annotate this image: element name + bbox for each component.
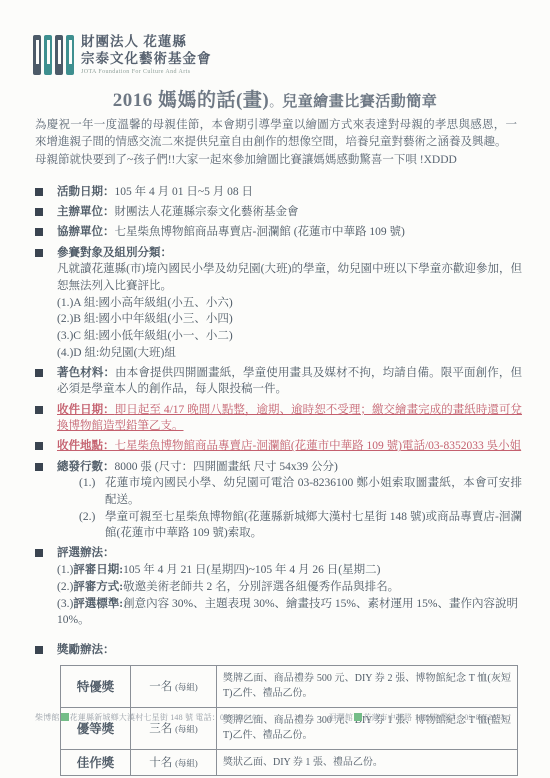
flyer-page: 財團法人 花蓮縣 宗泰文化藝術基金會 JOTA Foundation For C…: [0, 0, 550, 778]
bullet-deadline: 收件日期：即日起至 4/17 晚間八點整，逾期、逾時恕不受理；繳交繪畫完成的畫紙…: [35, 402, 522, 435]
bullet-event-date: 活動日期：105 年 4 月 01 日~5 月 08 日: [35, 184, 522, 201]
title-separator: 。: [269, 94, 282, 109]
org-name-line1: 財團法人 花蓮縣: [81, 34, 212, 51]
square-bullet-icon: [35, 249, 43, 257]
square-bullet-icon: [35, 228, 43, 236]
bullet-label: 收件日期：: [57, 404, 115, 416]
footer-left-name: 柴博館: [35, 713, 60, 722]
bullet-text: 105 年 4 月 01 日~5 月 08 日: [115, 186, 253, 198]
table-row: 特優獎 一名 (每組) 獎牌乙面、商品禮券 500 元、DIY 券 2 張、博物…: [61, 665, 518, 707]
award-count: 一名 (每組): [131, 665, 217, 707]
bullet-label: 獎勵辦法：: [57, 644, 115, 656]
group-c: (3.)C 組:國小低年級組(小一、小二): [57, 328, 522, 345]
foundation-logo: 財團法人 花蓮縣 宗泰文化藝術基金會 JOTA Foundation For C…: [33, 34, 550, 76]
award-name: 佳作獎: [61, 749, 131, 775]
group-b: (2.)B 組:國小中年級組(小三、小四): [57, 311, 522, 328]
bullet-label: 著色材料：: [57, 367, 115, 379]
bullet-text: 8000 張 (尺寸：四開圖畫紙 尺寸 54x39 公分): [115, 461, 338, 473]
bullet-label: 參賽對象及組別分類：: [57, 245, 522, 262]
jota-logo-icon: [33, 34, 74, 76]
bullet-judging: 評選辦法： (1.)評審日期:105 年 4 月 21 日(星期四)~105 年…: [35, 545, 522, 628]
bullet-label: 評選辦法：: [57, 545, 522, 562]
bullet-text: 七星柴魚博物館商品專賣店-洄瀾館(花蓮市中華路 109 號)電話/03-8352…: [115, 440, 522, 452]
square-bullet-icon: [35, 188, 43, 196]
bullet-label: 總發行數：: [57, 461, 115, 473]
award-prize: 獎牌乙面、商品禮券 500 元、DIY 券 2 張、博物館紀念 T 恤(灰短 T…: [217, 665, 518, 707]
judging-date: (1.)評審日期:105 年 4 月 21 日(星期四)~105 年 4 月 2…: [57, 562, 522, 579]
bullet-text: 七星柴魚博物館商品專賣店-洄瀾館 (花蓮市中華路 109 號): [115, 226, 405, 238]
footer-right-text: 花蓮市中華路 109 號 電話：03-8352033: [363, 713, 505, 722]
footer-left-text: 花蓮縣新城鄉大漢村七星街 148 號 電話：03-8236100: [70, 713, 261, 722]
footer-right-name: 洄瀾館: [329, 713, 354, 722]
award-name: 特優獎: [61, 665, 131, 707]
square-bullet-icon: [35, 369, 43, 377]
square-bullet-icon: [35, 646, 43, 654]
bullet-text: 即日起至 4/17 晚間八點整，逾期、逾時恕不受理；繳交繪畫完成的畫紙時還可兌換…: [57, 404, 522, 433]
square-bullet-icon: [35, 208, 43, 216]
foundation-name-block: 財團法人 花蓮縣 宗泰文化藝術基金會 JOTA Foundation For C…: [81, 34, 212, 75]
bullet-list: 活動日期：105 年 4 月 01 日~5 月 08 日 主辦單位：財團法人花蓮…: [35, 184, 522, 658]
footer-right: 洄瀾館花蓮市中華路 109 號 電話：03-8352033: [329, 712, 505, 723]
bullet-eligibility: 參賽對象及組別分類： 凡就讀花蓮縣(市)境內國民小學及幼兒園(大班)的學童，幼兒…: [35, 245, 522, 362]
intro-section: 為慶祝一年一度溫馨的母親佳節，本會期引導學童以繪圖方式來表達對母親的孝思與感恩，…: [35, 117, 517, 169]
bullet-total-issue: 總發行數：8000 張 (尺寸：四開圖畫紙 尺寸 54x39 公分) (1.) …: [35, 459, 522, 542]
title-subtitle: 兒童繪畫比賽活動簡章: [282, 94, 437, 110]
table-row: 佳作獎 十名 (每組) 獎狀乙面、DIY 券 1 張、禮品乙份。: [61, 749, 518, 775]
total-issue-note-2: (2.) 學童可親至七星柴魚博物館(花蓮縣新城鄉大漢村七星街 148 號)或商品…: [79, 509, 522, 542]
square-bullet-icon: [35, 442, 43, 450]
square-bullet-icon: [35, 406, 43, 414]
org-name-line2: 宗泰文化藝術基金會: [81, 51, 212, 68]
square-bullet-icon: [35, 549, 43, 557]
group-d: (4.)D 組:幼兒園(大班)組: [57, 345, 522, 362]
bullet-label: 協辦單位：: [57, 226, 115, 238]
square-bullet-icon: [35, 463, 43, 471]
org-name-english: JOTA Foundation For Culture And Arts: [81, 69, 212, 75]
judging-criteria: (3.)評選標準:創意內容 30%、主題表現 30%、繪畫技巧 15%、素材運用…: [57, 596, 522, 629]
bullet-organizer: 主辦單位：財團法人花蓮縣宗泰文化藝術基金會: [35, 204, 522, 221]
title-main: 2016 媽媽的話(畫): [113, 90, 269, 111]
total-issue-note-1: (1.) 花蓮市境內國民小學、幼兒園可電洽 03-8236100 鄭小姐索取圖畫…: [79, 475, 522, 508]
bullet-label: 主辦單位：: [57, 206, 115, 218]
bullet-materials: 著色材料：由本會提供四開圖畫紙，學童使用畫具及媒材不拘，均請自備。限平面創作，但…: [35, 365, 522, 398]
bullet-awards: 獎勵辦法：: [35, 642, 522, 659]
bullet-co-organizer: 協辦單位：七星柴魚博物館商品專賣店-洄瀾館 (花蓮市中華路 109 號): [35, 224, 522, 241]
page-title: 2016 媽媽的話(畫)。兒童繪畫比賽活動簡章: [0, 85, 550, 112]
museum-marker-icon: [354, 713, 362, 721]
bullet-submission-location: 收件地點：七星柴魚博物館商品專賣店-洄瀾館(花蓮市中華路 109 號)電話/03…: [35, 438, 522, 455]
bullet-label: 活動日期：: [57, 186, 115, 198]
award-prize: 獎狀乙面、DIY 券 1 張、禮品乙份。: [217, 749, 518, 775]
intro-paragraph-2: 母親節就快要到了~孩子們!!大家一起來參加繪圖比賽讓媽媽感動驚喜一下唄 !XDD…: [35, 152, 517, 169]
museum-marker-icon: [61, 713, 69, 721]
bullet-text: 由本會提供四開圖畫紙，學童使用畫具及媒材不拘，均請自備。限平面創作，但必須是學童…: [57, 367, 522, 396]
eligibility-description: 凡就讀花蓮縣(市)境內國民小學及幼兒園(大班)的學童，幼兒園中班以下學童亦歡迎參…: [57, 261, 522, 294]
footer-left: 柴博館花蓮縣新城鄉大漢村七星街 148 號 電話：03-8236100: [35, 712, 261, 723]
award-count: 十名 (每組): [131, 749, 217, 775]
footer: 柴博館花蓮縣新城鄉大漢村七星街 148 號 電話：03-8236100 洄瀾館花…: [35, 712, 505, 723]
header: 財團法人 花蓮縣 宗泰文化藝術基金會 JOTA Foundation For C…: [0, 0, 550, 76]
intro-paragraph-1: 為慶祝一年一度溫馨的母親佳節，本會期引導學童以繪圖方式來表達對母親的孝思與感恩，…: [35, 117, 517, 151]
group-a: (1.)A 組:國小高年級組(小五、小六): [57, 295, 522, 312]
judging-method: (2.)評審方式:敬邀美術老師共 2 名，分別評選各組優秀作品與排名。: [57, 579, 522, 596]
bullet-text: 財團法人花蓮縣宗泰文化藝術基金會: [115, 206, 299, 218]
bullet-label: 收件地點：: [57, 440, 115, 452]
